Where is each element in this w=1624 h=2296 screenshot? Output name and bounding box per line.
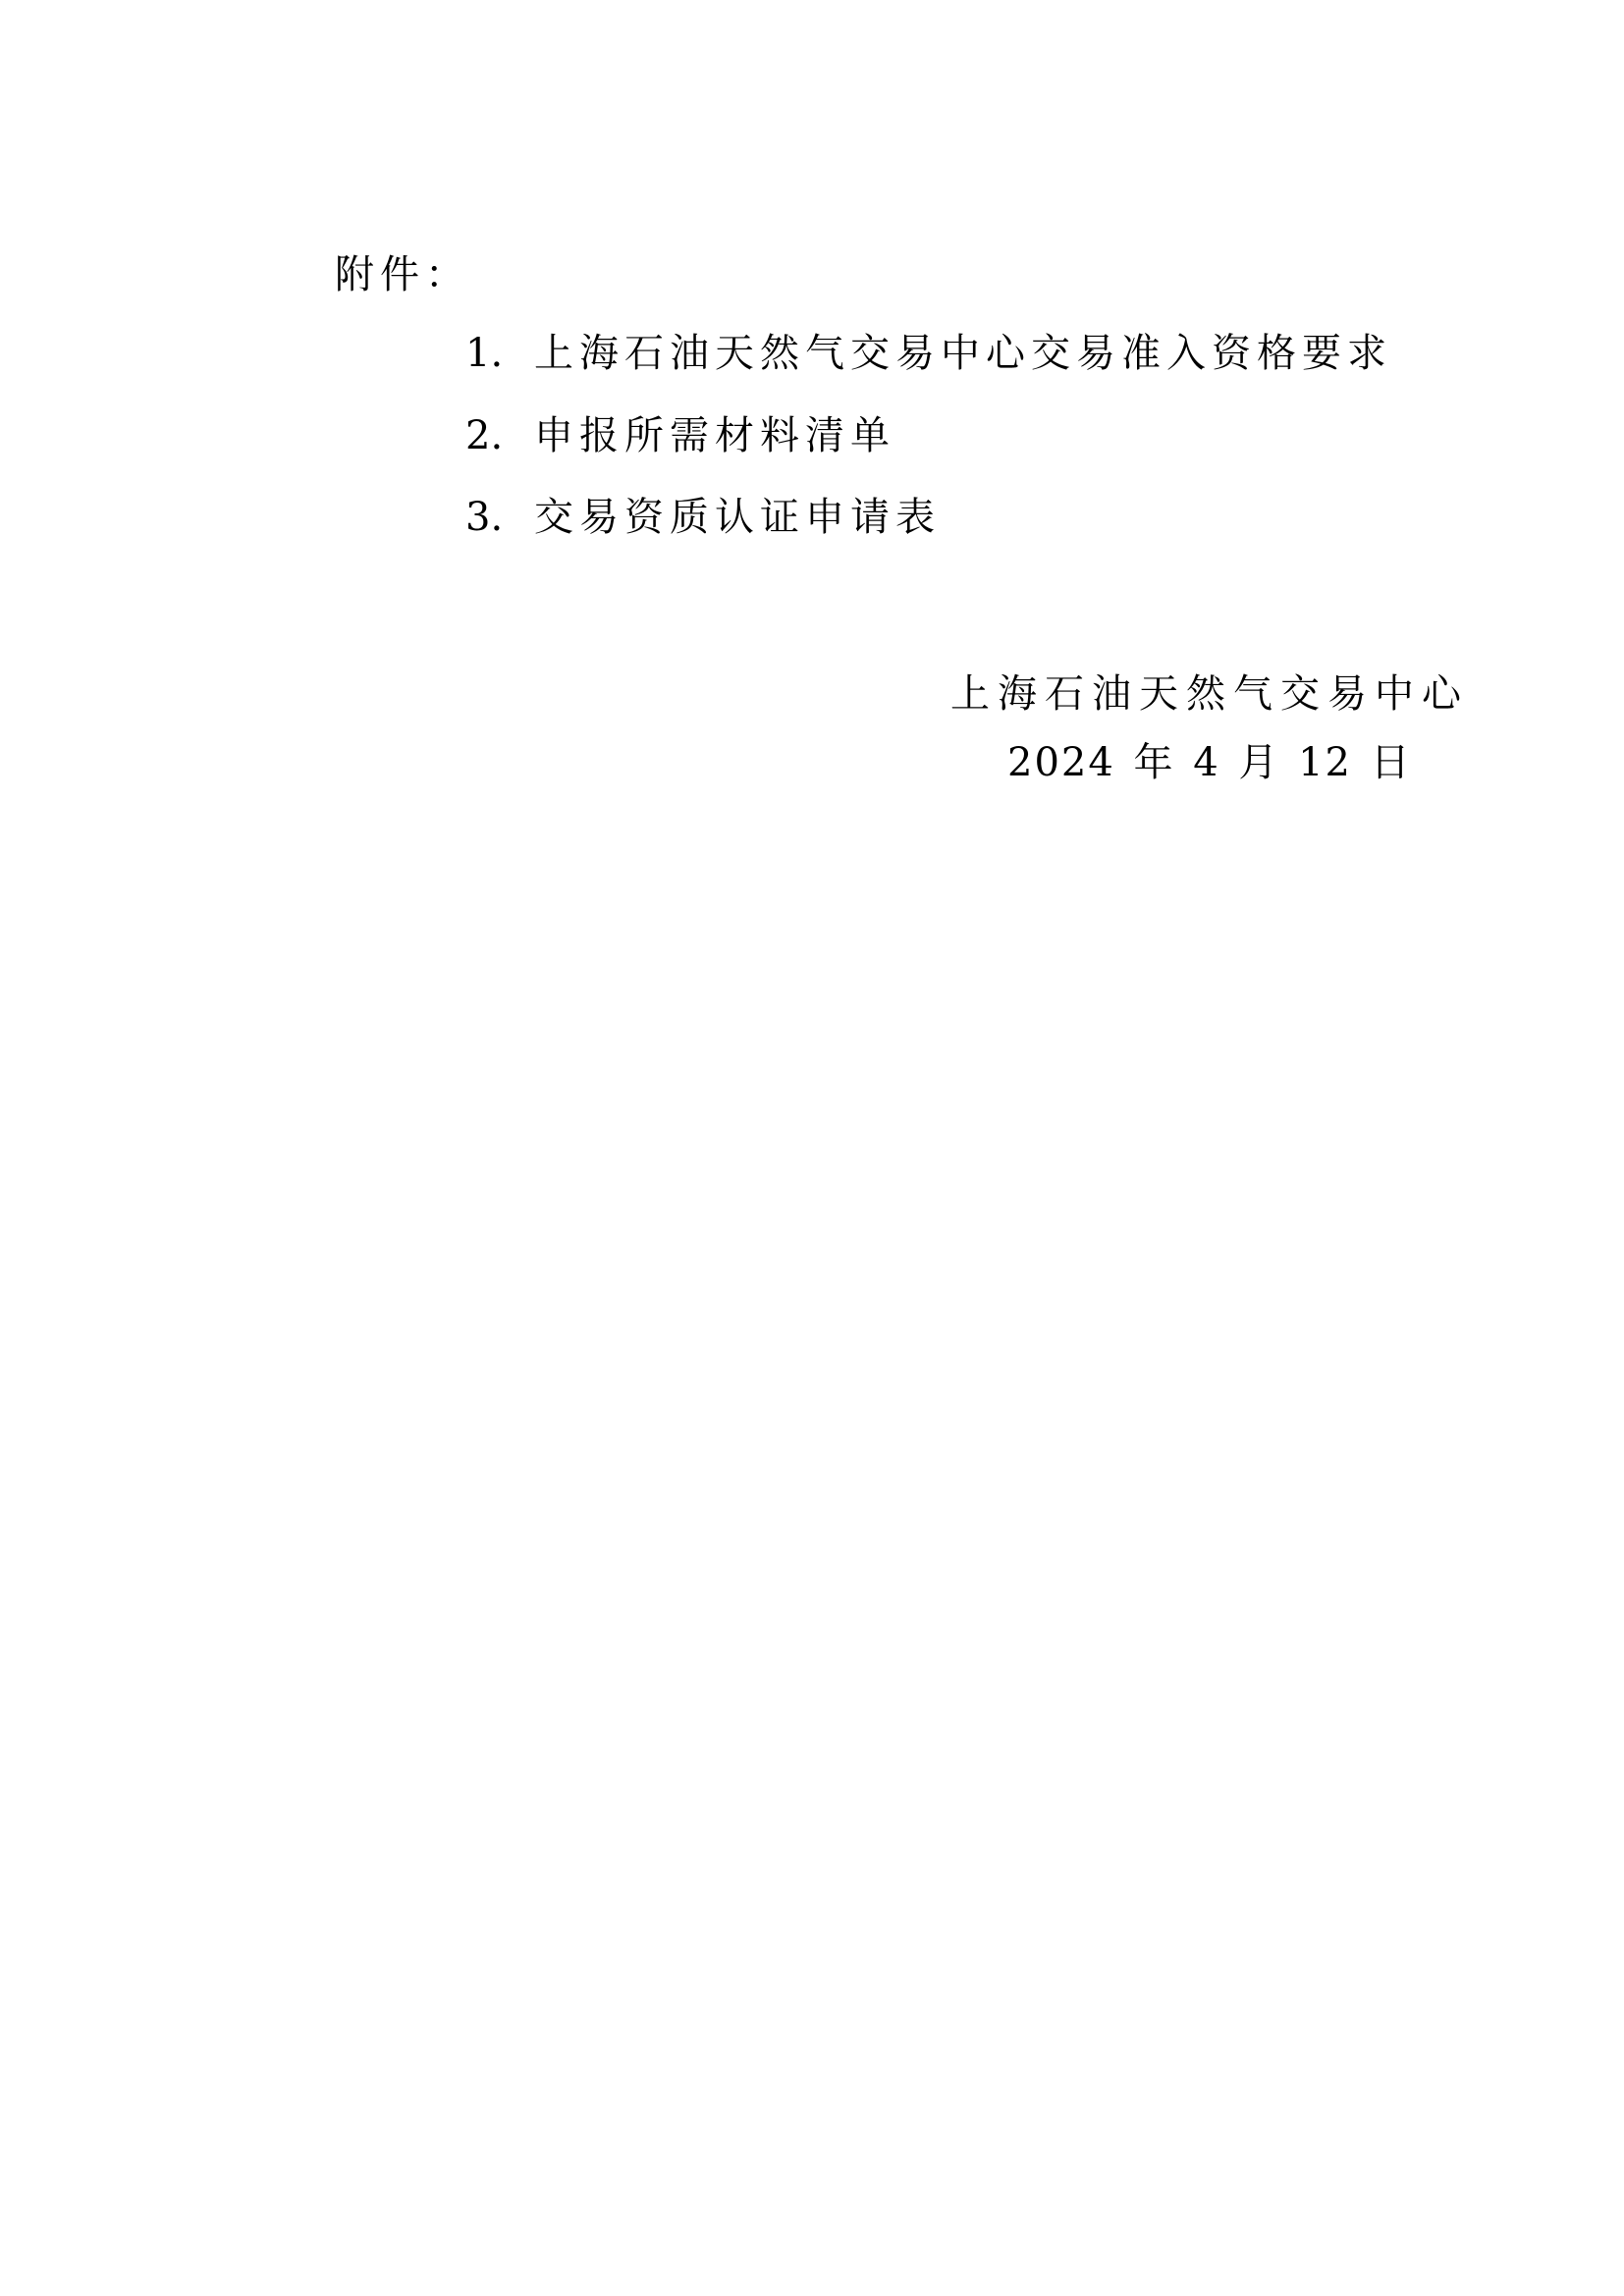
attachment-number: 2. [465, 412, 534, 459]
attachment-item: 1. 上海石油天然气交易中心交易准入资格要求 [465, 330, 1392, 377]
attachment-item: 3. 交易资质认证申请表 [465, 494, 941, 541]
attachment-number: 3. [465, 494, 534, 541]
attachment-title: 交易资质认证申请表 [534, 494, 941, 541]
attachment-title: 上海石油天然气交易中心交易准入资格要求 [534, 330, 1392, 377]
signature-date: 2024 年 4 月 12 日 [1007, 739, 1412, 786]
attachment-item: 2. 申报所需材料清单 [465, 412, 895, 459]
attachment-number: 1. [465, 330, 534, 377]
signature-organization: 上海石油天然气交易中心 [950, 670, 1469, 718]
attachment-title: 申报所需材料清单 [534, 412, 895, 459]
attachments-heading: 附件： [335, 251, 470, 298]
document-page: 附件： 1. 上海石油天然气交易中心交易准入资格要求 2. 申报所需材料清单 3… [0, 0, 1624, 2296]
